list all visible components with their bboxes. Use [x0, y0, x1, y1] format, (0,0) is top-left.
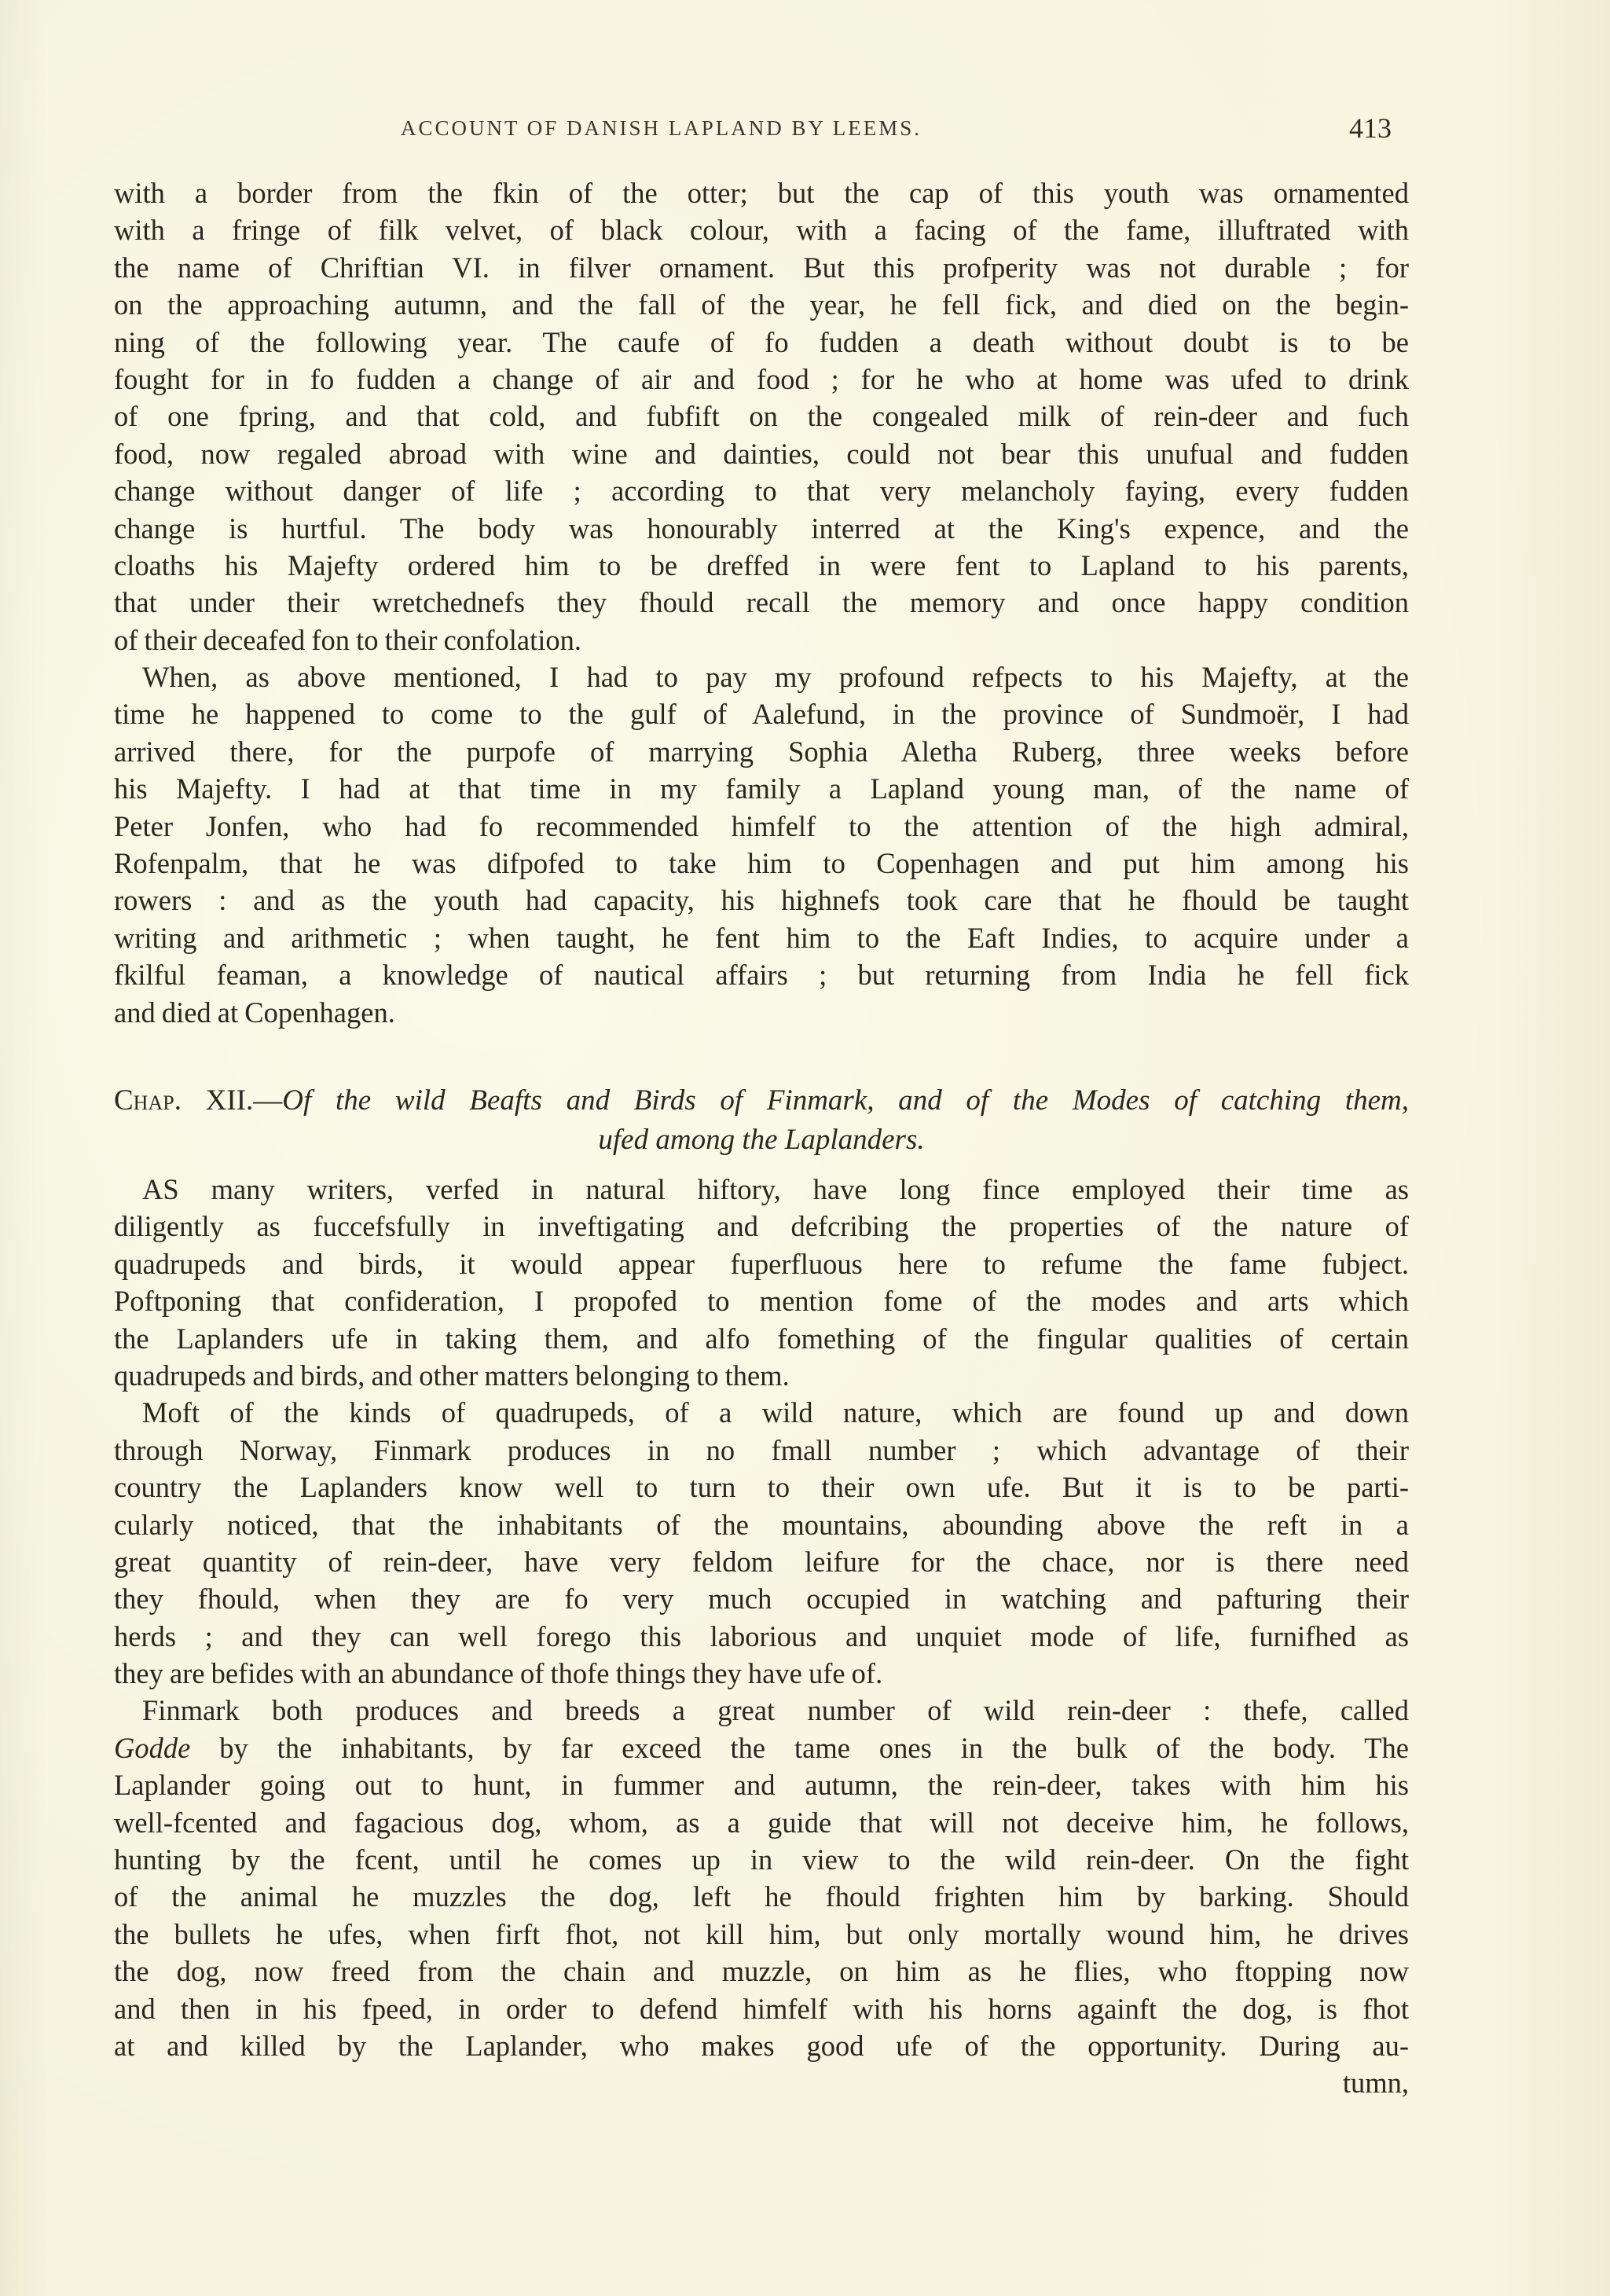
paragraph: AS many writers, verfed in natural hifto…: [114, 1171, 1409, 1394]
text-line: diligently as fuccefsfully in inveftigat…: [114, 1208, 1409, 1245]
paragraph: When, as above mentioned, I had to pay m…: [114, 658, 1409, 1031]
body-text: with a border from the fkin of the otter…: [114, 174, 1409, 2102]
page-number: 413: [1349, 112, 1392, 145]
text-line: the dog, now freed from the chain and mu…: [114, 1953, 1409, 1990]
text-line: Godde by the inhabitants, by far exceed …: [114, 1729, 1409, 1766]
text-line: Rofenpalm, that he was difpofed to take …: [114, 845, 1409, 882]
text-line: Finmark both produces and breeds a great…: [114, 1692, 1409, 1729]
text-line: the bullets he ufes, when firft fhot, no…: [114, 1916, 1409, 1953]
text-line: and then in his fpeed, in order to defen…: [114, 1990, 1409, 2027]
text-line: arrived there, for the purpofe of marryi…: [114, 733, 1409, 770]
text-line: country the Laplanders know well to turn…: [114, 1469, 1409, 1506]
text-line: and died at Copenhagen.: [114, 994, 1409, 1031]
spacer: [114, 1160, 1409, 1171]
text-line: they are befides with an abundance of th…: [114, 1655, 1409, 1692]
chapter-heading-line1: Chap. XII.—Of the wild Beafts and Birds …: [114, 1081, 1409, 1120]
text-line: at and killed by the Laplander, who make…: [114, 2027, 1409, 2064]
paragraph: Moft of the kinds of quadrupeds, of a wi…: [114, 1394, 1409, 1692]
text-line: rowers : and as the youth had capacity, …: [114, 882, 1409, 919]
text-line: change is hurtful. The body was honourab…: [114, 510, 1409, 547]
text-line: change without danger of life ; accordin…: [114, 472, 1409, 509]
text-line: his Majefty. I had at that time in my fa…: [114, 770, 1409, 807]
text-line: great quantity of rein-deer, have very f…: [114, 1543, 1409, 1580]
chapter-title-cont: ufed among the Laplanders.: [598, 1124, 924, 1156]
chapter-heading-line2: ufed among the Laplanders.: [114, 1120, 1409, 1160]
text-line: hunting by the fcent, until he comes up …: [114, 1841, 1409, 1878]
text-line: through Norway, Finmark produces in no f…: [114, 1432, 1409, 1469]
text-line: writing and arithmetic ; when taught, he…: [114, 919, 1409, 956]
text-line: Moft of the kinds of quadrupeds, of a wi…: [114, 1394, 1409, 1431]
text-line: fkilful feaman, a knowledge of nautical …: [114, 956, 1409, 993]
text-line: of the animal he muzzles the dog, left h…: [114, 1878, 1409, 1915]
running-head: ACCOUNT OF DANISH LAPLAND BY LEEMS. 413: [114, 116, 1409, 148]
text-line: well-fcented and fagacious dog, whom, as…: [114, 1804, 1409, 1841]
text-span: by the inhabitants, by far exceed the ta…: [190, 1732, 1409, 1764]
text-line: on the approaching autumn, and the fall …: [114, 286, 1409, 323]
text-line: time he happened to come to the gulf of …: [114, 695, 1409, 732]
text-line: fought for in fo fudden a change of air …: [114, 361, 1409, 398]
text-line: Peter Jonfen, who had fo recommended him…: [114, 808, 1409, 845]
text-line: the name of Chriftian VI. in filver orna…: [114, 249, 1409, 286]
text-line: with a fringe of filk velvet, of black c…: [114, 211, 1409, 248]
text-line: that under their wretchednefs they fhoul…: [114, 584, 1409, 621]
chapter-title: Of the wild Beafts and Birds of Finmark,…: [282, 1084, 1409, 1117]
text-line: they fhould, when they are fo very much …: [114, 1580, 1409, 1617]
text-line: food, now regaled abroad with wine and d…: [114, 435, 1409, 472]
paragraph-continued: with a border from the fkin of the otter…: [114, 174, 1409, 658]
text-line: Poftponing that confideration, I propofe…: [114, 1282, 1409, 1319]
text-line: quadrupeds and birds, it would appear fu…: [114, 1245, 1409, 1282]
running-title: ACCOUNT OF DANISH LAPLAND BY LEEMS.: [401, 116, 922, 141]
text-line: AS many writers, verfed in natural hifto…: [114, 1171, 1409, 1208]
text-line: of one fpring, and that cold, and fubfif…: [114, 398, 1409, 435]
text-line: ning of the following year. The caufe of…: [114, 324, 1409, 361]
chapter-heading: Chap. XII.—Of the wild Beafts and Birds …: [114, 1081, 1409, 1160]
text-line: herds ; and they can well forego this la…: [114, 1618, 1409, 1655]
text-line: cularly noticed, that the inhabitants of…: [114, 1506, 1409, 1543]
text-line: of their deceafed fon to their confolati…: [114, 622, 1409, 658]
paragraph: Finmark both produces and breeds a great…: [114, 1692, 1409, 2101]
text-line: quadrupeds and birds, and other matters …: [114, 1357, 1409, 1394]
catchword: tumn,: [114, 2064, 1409, 2101]
text-line: with a border from the fkin of the otter…: [114, 174, 1409, 211]
chapter-label: Chap. XII.—: [114, 1084, 282, 1117]
text-line: cloaths his Majefty ordered him to be dr…: [114, 547, 1409, 584]
text-line: Laplander going out to hunt, in fummer a…: [114, 1766, 1409, 1803]
text-line: When, as above mentioned, I had to pay m…: [114, 658, 1409, 695]
italic-term: Godde: [114, 1732, 190, 1764]
text-line: the Laplanders ufe in taking them, and a…: [114, 1320, 1409, 1357]
section-gap: [114, 1031, 1409, 1081]
